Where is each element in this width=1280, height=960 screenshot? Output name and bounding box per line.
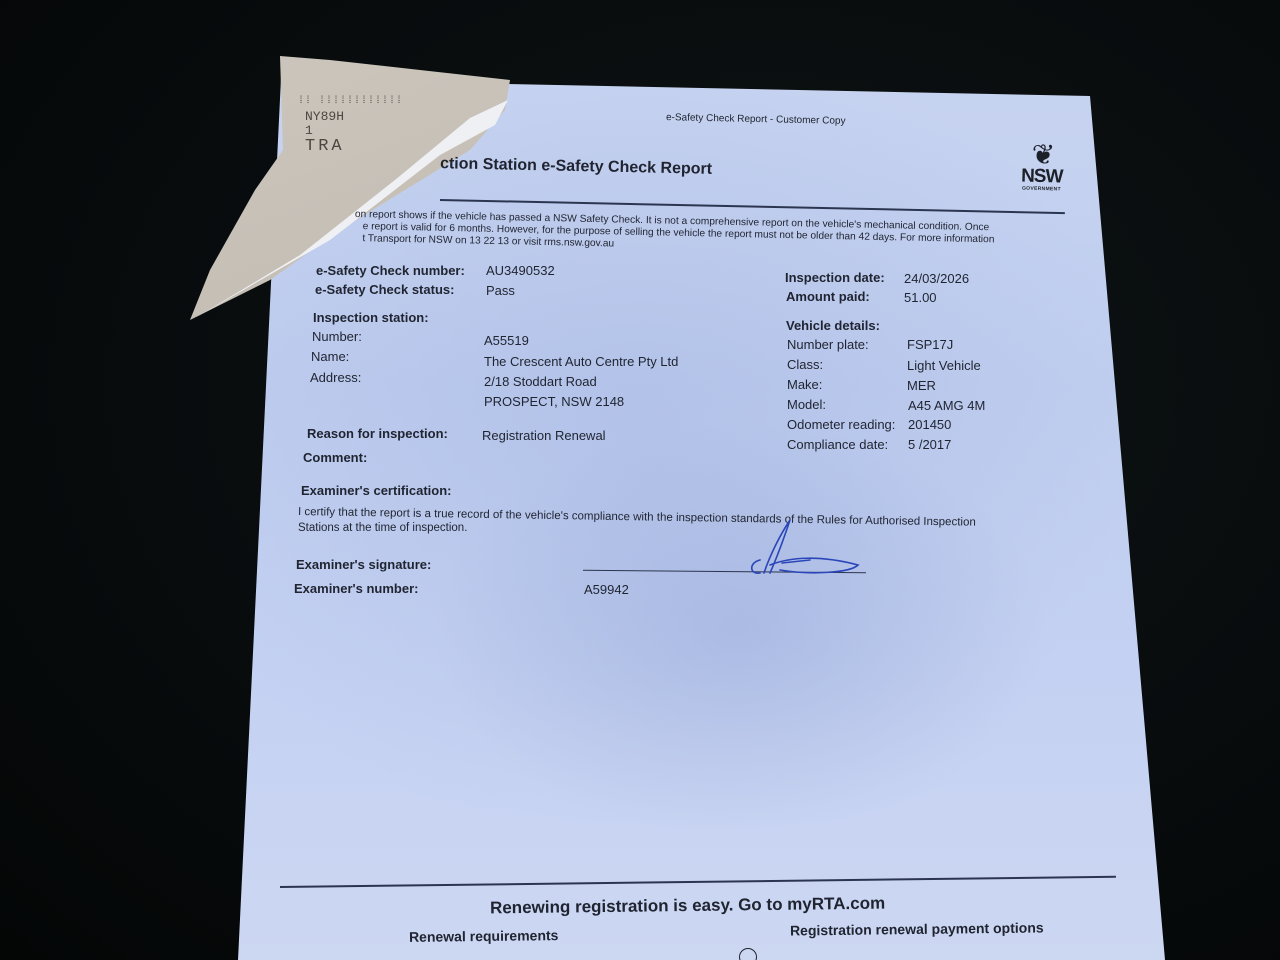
- check-number-value: AU3490532: [486, 263, 555, 278]
- inspection-date-label: Inspection date:: [785, 270, 885, 285]
- station-name-value: The Crescent Auto Centre Pty Ltd: [484, 354, 678, 369]
- reason-value: Registration Renewal: [482, 428, 606, 443]
- check-status-value: Pass: [486, 283, 515, 298]
- examiner-number-label: Examiner's number:: [294, 581, 418, 596]
- station-address-line1: 2/18 Stoddart Road: [484, 374, 597, 389]
- inspection-date-value: 24/03/2026: [904, 271, 969, 286]
- radio-circle-icon: [739, 948, 757, 960]
- examiner-number-value: A59942: [584, 582, 629, 597]
- vehicle-heading: Vehicle details:: [786, 318, 880, 333]
- check-number-label: e-Safety Check number:: [316, 263, 465, 278]
- check-status-label: e-Safety Check status:: [315, 282, 454, 297]
- class-label: Class:: [787, 357, 823, 372]
- receipt-line: TRA: [305, 140, 345, 154]
- nsw-government-logo: ❦ NSW GOVERNMENT: [1011, 141, 1072, 193]
- receipt-barcode: ⁞⁞ ⁞⁞⁞⁞⁞⁞⁞⁞⁞⁞⁞⁞: [298, 95, 403, 109]
- amount-paid-label: Amount paid:: [786, 289, 870, 304]
- station-address-line2: PROSPECT, NSW 2148: [484, 394, 624, 409]
- station-number-value: A55519: [484, 333, 529, 348]
- shadow: [430, 420, 1050, 840]
- signature-label: Examiner's signature:: [296, 557, 431, 572]
- plate-value: FSP17J: [907, 337, 953, 352]
- certification-heading: Examiner's certification:: [301, 483, 451, 498]
- receipt-line: 1: [305, 124, 313, 138]
- station-heading: Inspection station:: [313, 310, 429, 325]
- payment-options-heading: Registration renewal payment options: [790, 919, 1044, 938]
- station-number-label: Number:: [312, 329, 362, 344]
- class-value: Light Vehicle: [907, 358, 981, 373]
- reason-label: Reason for inspection:: [307, 426, 448, 441]
- odometer-label: Odometer reading:: [787, 417, 895, 432]
- receipt-line: NY89H: [305, 110, 344, 124]
- model-label: Model:: [787, 397, 826, 412]
- renewal-requirements-heading: Renewal requirements: [409, 927, 559, 945]
- compliance-value: 5 /2017: [908, 437, 951, 452]
- examiner-signature: [740, 515, 870, 580]
- plate-label: Number plate:: [787, 337, 869, 352]
- station-address-label: Address:: [310, 370, 361, 385]
- certification-text-line2: Stations at the time of inspection.: [298, 522, 467, 534]
- station-name-label: Name:: [311, 349, 349, 364]
- compliance-label: Compliance date:: [787, 437, 888, 452]
- odometer-value: 201450: [908, 417, 951, 432]
- make-label: Make:: [787, 377, 822, 392]
- make-value: MER: [907, 378, 936, 393]
- comment-label: Comment:: [303, 450, 367, 465]
- model-value: A45 AMG 4M: [908, 398, 985, 413]
- amount-paid-value: 51.00: [904, 290, 937, 305]
